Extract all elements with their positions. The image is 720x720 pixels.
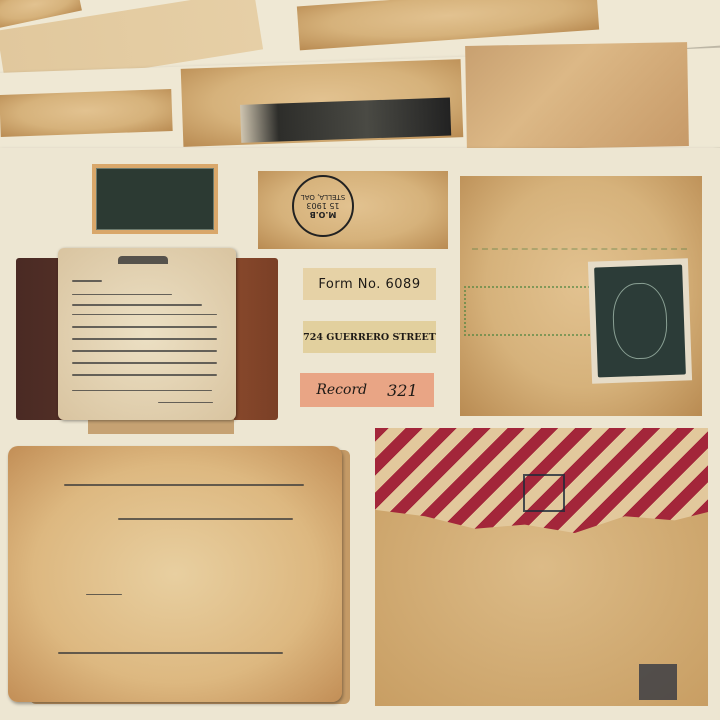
green-cancellation-top xyxy=(472,206,687,250)
postmark-town: STELLA, OAL xyxy=(301,193,345,201)
paper-piece-mid-right xyxy=(465,42,689,150)
striped-envelope xyxy=(375,428,708,706)
green-stamp xyxy=(92,164,218,234)
postage-stamp xyxy=(588,258,692,383)
paper-piece-mid-photo xyxy=(181,59,464,147)
postal-card xyxy=(460,176,702,416)
address-label: 724 GUERRERO STREET xyxy=(303,321,436,353)
green-cancellation-bottom xyxy=(464,286,598,336)
form-number-label: Form No. 6089 xyxy=(303,268,436,300)
record-label: Record 321 xyxy=(300,373,434,407)
paper-piece-mid-left xyxy=(0,89,173,137)
form-number-text: Form No. 6089 xyxy=(318,277,420,292)
address-text: 724 GUERRERO STREET xyxy=(303,332,436,343)
postmark-date: 15 1903 xyxy=(306,201,339,210)
record-number: 321 xyxy=(387,381,418,400)
postmark-code: M.O.B xyxy=(310,210,337,219)
corner-ink-stamp xyxy=(639,664,677,700)
flap-ink-stamp xyxy=(523,474,565,512)
postmark-fragment: M.O.B 15 1903 STELLA, OAL xyxy=(258,171,448,249)
record-word: Record xyxy=(316,382,367,398)
photo-dark-scene xyxy=(240,98,451,143)
postmark-circle: M.O.B 15 1903 STELLA, OAL xyxy=(292,175,354,237)
handwritten-card xyxy=(8,446,342,702)
handwritten-letter xyxy=(58,248,236,420)
letterhead-ornament xyxy=(118,256,168,264)
